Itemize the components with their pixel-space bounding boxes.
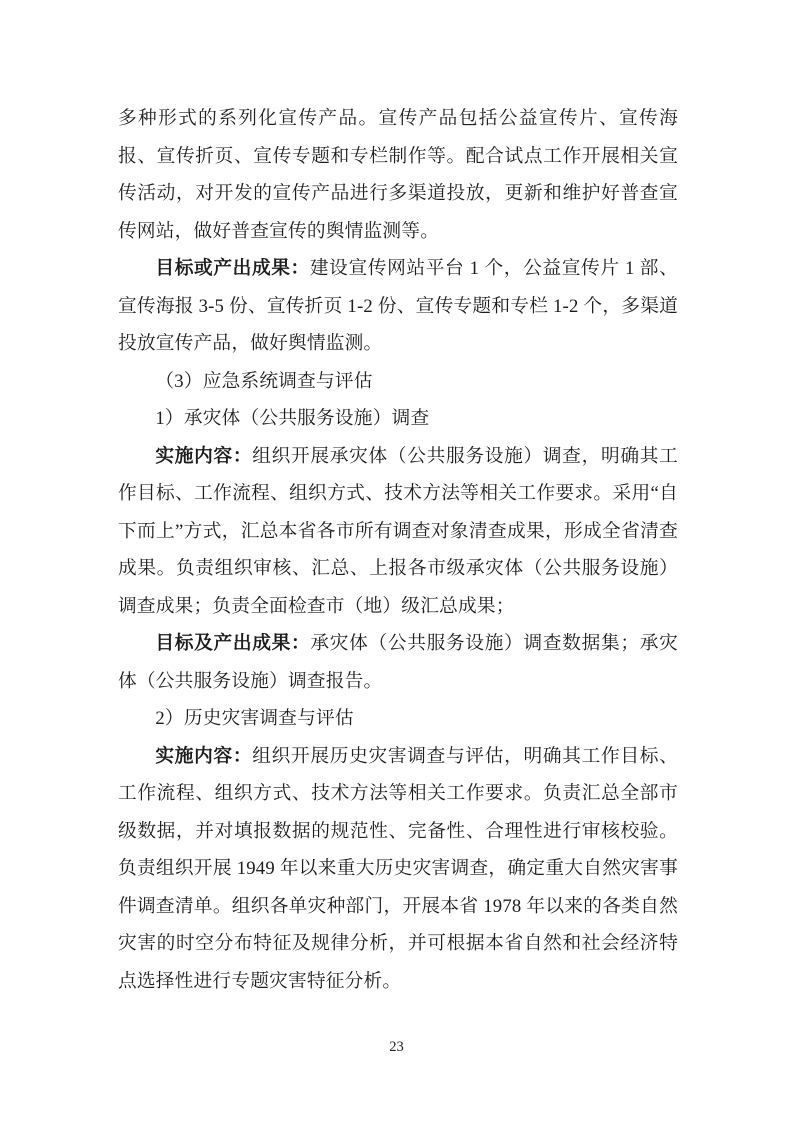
- document-body: 多种形式的系列化宣传产品。宣传产品包括公益宣传片、宣传海报、宣传折页、宣传专题和…: [118, 100, 678, 1000]
- paragraph-lead-label: 实施内容：: [155, 746, 252, 767]
- paragraph-text: 多种形式的系列化宣传产品。宣传产品包括公益宣传片、宣传海报、宣传折页、宣传专题和…: [118, 108, 678, 242]
- paragraph-text: 组织开展承灾体（公共服务设施）调查，明确其工作目标、工作流程、组织方式、技术方法…: [118, 446, 678, 617]
- section-heading: （3）应急系统调查与评估: [118, 363, 678, 401]
- paragraph: 目标及产出成果：承灾体（公共服务设施）调查数据集；承灾体（公共服务设施）调查报告…: [118, 625, 678, 700]
- paragraph: 目标或产出成果：建设宣传网站平台 1 个，公益宣传片 1 部、宣传海报 3-5 …: [118, 250, 678, 363]
- paragraph-lead-label: 目标或产出成果：: [155, 258, 309, 279]
- paragraph: 实施内容：组织开展历史灾害调查与评估，明确其工作目标、工作流程、组织方式、技术方…: [118, 738, 678, 1001]
- paragraph-lead-label: 目标及产出成果：: [155, 633, 310, 654]
- paragraph-lead-label: 实施内容：: [155, 446, 252, 467]
- document-page: 多种形式的系列化宣传产品。宣传产品包括公益宣传片、宣传海报、宣传折页、宣传专题和…: [0, 0, 793, 1122]
- paragraph: 多种形式的系列化宣传产品。宣传产品包括公益宣传片、宣传海报、宣传折页、宣传专题和…: [118, 100, 678, 250]
- page-number: 23: [389, 1039, 404, 1055]
- section-heading: 2）历史灾害调查与评估: [118, 700, 678, 738]
- paragraph-text: （3）应急系统调查与评估: [155, 371, 372, 392]
- section-heading: 1）承灾体（公共服务设施）调查: [118, 400, 678, 438]
- paragraph-text: 2）历史灾害调查与评估: [155, 708, 353, 729]
- page-footer: 23: [0, 1038, 793, 1056]
- paragraph-text: 1）承灾体（公共服务设施）调查: [155, 408, 429, 429]
- paragraph-text: 组织开展历史灾害调查与评估，明确其工作目标、工作流程、组织方式、技术方法等相关工…: [118, 746, 678, 992]
- paragraph: 实施内容：组织开展承灾体（公共服务设施）调查，明确其工作目标、工作流程、组织方式…: [118, 438, 678, 626]
